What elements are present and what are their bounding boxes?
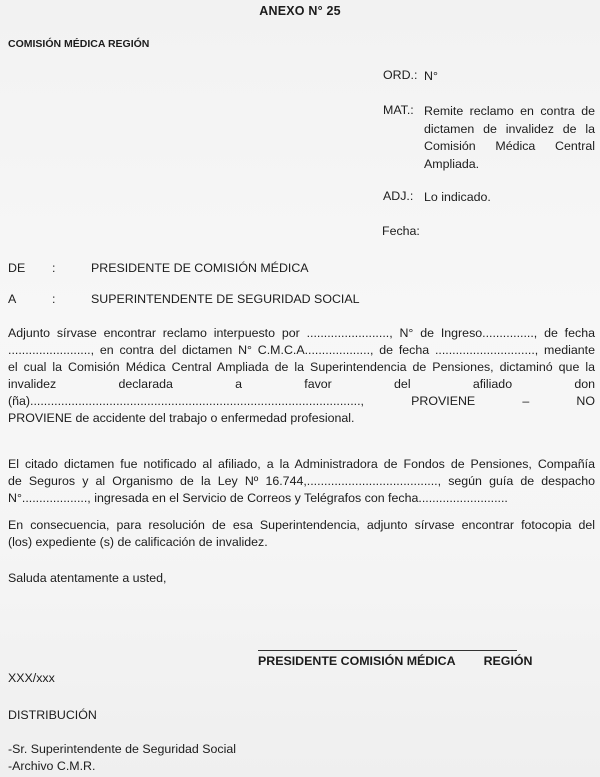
ord-label: ORD.: — [383, 68, 417, 82]
from-row: DE : PRESIDENTE DE COMISIÓN MÉDICA — [8, 261, 408, 279]
paragraph-line: ........................, en contra del … — [8, 342, 595, 359]
paragraph-line: (ña)....................................… — [8, 393, 595, 410]
paragraph-line: (los) expediente (s) de calificación de … — [8, 534, 595, 551]
paragraph-line: El citado dictamen fue notificado al afi… — [8, 456, 595, 473]
ord-row: ORD.: N° — [383, 68, 595, 86]
paragraph-line: el cual la Comisión Médica Central Ampli… — [8, 359, 595, 376]
paragraph-consequence: En consecuencia, para resolución de esa … — [8, 517, 595, 551]
to-key: A — [8, 292, 16, 306]
paragraph-claim: Adjunto sírvase encontrar reclamo interp… — [8, 325, 595, 427]
mat-line: dictamen de invalidez de la — [424, 121, 595, 139]
paragraph-line: invalidez declarada a favor del afiliado… — [8, 376, 595, 393]
mat-label: MAT.: — [383, 103, 414, 117]
signature-region: REGIÓN — [484, 654, 533, 668]
closing-salutation: Saluda atentamente a usted, — [8, 570, 595, 587]
signature-block: PRESIDENTE COMISIÓN MÉDICAREGIÓN — [258, 654, 532, 668]
mat-row: MAT.: Remite reclamo en contra de dictam… — [383, 103, 595, 175]
paragraph-line: de Seguros y al Organismo de la Ley Nº 1… — [8, 473, 595, 490]
ord-value: N° — [424, 68, 595, 86]
paragraph-notification: El citado dictamen fue notificado al afi… — [8, 456, 595, 507]
distribution-item: -Sr. Superintendente de Seguridad Social — [8, 742, 236, 756]
signature-line — [258, 650, 517, 651]
to-separator: : — [52, 292, 55, 306]
mat-value: Remite reclamo en contra de dictamen de … — [424, 103, 595, 173]
fecha-row: Fecha: — [382, 224, 594, 242]
from-value: PRESIDENTE DE COMISIÓN MÉDICA — [91, 261, 309, 275]
paragraph-line: N°..................., ingresada en el S… — [8, 490, 595, 507]
signature-title: PRESIDENTE COMISIÓN MÉDICA — [258, 654, 456, 668]
paragraph-line: En consecuencia, para resolución de esa … — [8, 517, 595, 534]
mat-line: Ampliada. — [424, 156, 595, 174]
mat-line: Remite reclamo en contra de — [424, 103, 595, 121]
paragraph-line: PROVIENE de accidente del trabajo o enfe… — [8, 410, 595, 427]
distribution-item: -Archivo C.M.R. — [8, 759, 95, 773]
from-key: DE — [8, 261, 25, 275]
adj-row: ADJ.: Lo indicado. — [383, 189, 595, 207]
adj-label: ADJ.: — [383, 189, 413, 203]
issuing-organization: COMISIÓN MÉDICA REGIÓN — [8, 38, 149, 50]
mat-line: Comisión Médica Central — [424, 138, 595, 156]
to-value: SUPERINTENDENTE DE SEGURIDAD SOCIAL — [91, 292, 360, 306]
from-separator: : — [52, 261, 55, 275]
fecha-label: Fecha: — [382, 224, 420, 238]
initials: XXX/xxx — [8, 671, 55, 685]
paragraph-line: Adjunto sírvase encontrar reclamo interp… — [8, 325, 595, 342]
adj-value: Lo indicado. — [424, 189, 595, 207]
to-row: A : SUPERINTENDENTE DE SEGURIDAD SOCIAL — [8, 292, 408, 310]
document-title: ANEXO N° 25 — [0, 4, 600, 18]
distribution-label: DISTRIBUCIÓN — [8, 708, 97, 722]
